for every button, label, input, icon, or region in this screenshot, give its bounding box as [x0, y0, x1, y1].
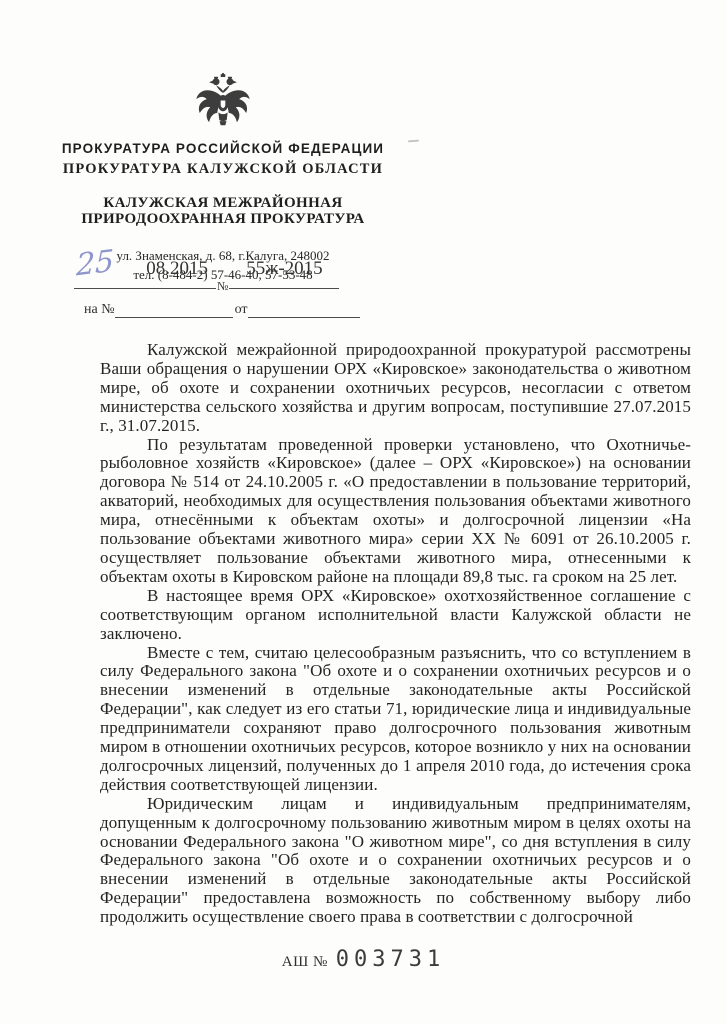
scanned-letter-page: ПРОКУРАТУРА РОССИЙСКОЙ ФЕДЕРАЦИИ ПРОКУРА… [0, 0, 727, 1024]
printed-date: 08.2015 [146, 258, 216, 279]
registration-row: 25 08.2015 № 55ж-2015 [74, 258, 339, 289]
ref-date-underline [248, 303, 360, 318]
form-code: АШ № [282, 954, 328, 970]
paragraph: Вместе с тем, считаю целесообразным разъ… [100, 644, 691, 795]
form-footer: АШ №003731 [0, 947, 727, 972]
date-underline: 25 08.2015 [74, 258, 216, 289]
org-line-federation: ПРОКУРАТУРА РОССИЙСКОЙ ФЕДЕРАЦИИ [58, 141, 388, 156]
scan-artifact [408, 140, 419, 143]
paragraph: Калужской межрайонной природоохранной пр… [100, 341, 691, 436]
number-underline: 55ж-2015 [229, 258, 339, 289]
number-sign-label: № [217, 279, 228, 294]
ref-from-label: от [235, 302, 248, 317]
org-line-office-2: ПРИРОДООХРАННАЯ ПРОКУРАТУРА [58, 211, 388, 227]
paragraph: По результатам проведенной проверки уста… [100, 436, 691, 587]
ref-prefix-label: на № [84, 302, 115, 317]
org-line-region: ПРОКУРАТУРА КАЛУЖСКОЙ ОБЛАСТИ [58, 161, 388, 178]
reference-row: на №от [84, 302, 360, 318]
ref-number-underline [115, 303, 233, 318]
coat-of-arms-icon [194, 72, 252, 137]
form-number: 003731 [336, 947, 445, 972]
org-line-office-1: КАЛУЖСКАЯ МЕЖРАЙОННАЯ [58, 195, 388, 211]
paragraph: В настоящее время ОРХ «Кировское» охотхо… [100, 587, 691, 644]
document-body: Калужской межрайонной природоохранной пр… [100, 341, 691, 927]
handwritten-day: 25 [76, 244, 115, 284]
org-line-office: КАЛУЖСКАЯ МЕЖРАЙОННАЯ ПРИРОДООХРАННАЯ ПР… [58, 195, 388, 227]
paragraph: Юридическим лицам и индивидуальным предп… [100, 795, 691, 927]
outgoing-number: 55ж-2015 [246, 258, 322, 279]
